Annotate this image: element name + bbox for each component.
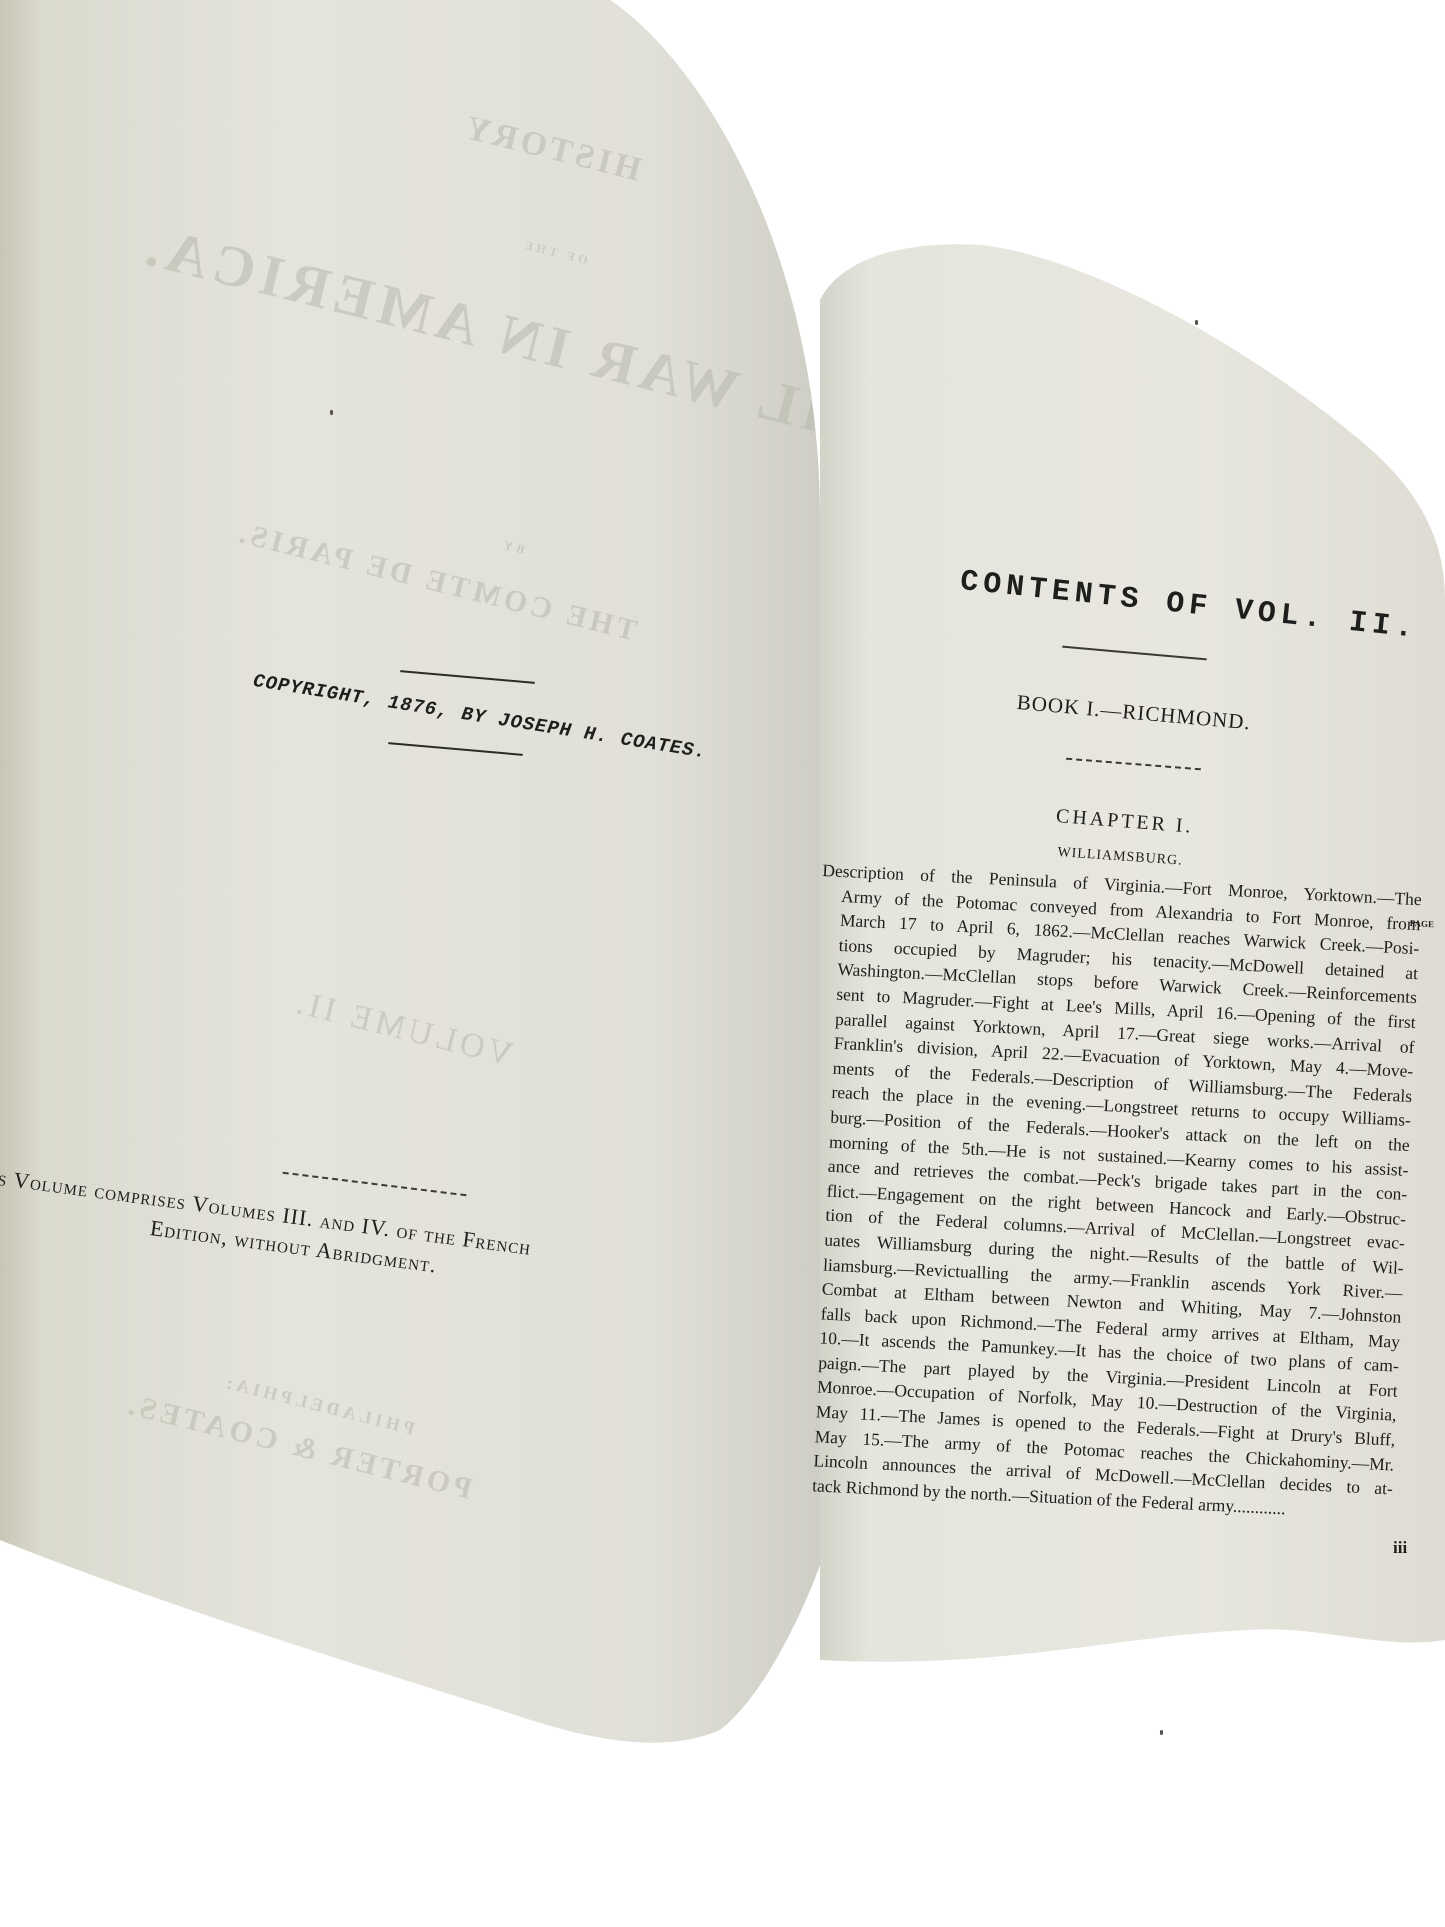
- show-through-volume: VOLUME II.: [289, 983, 517, 1074]
- paper-speck: [1160, 1730, 1163, 1735]
- show-through-by: BY: [499, 537, 527, 558]
- left-page: HISTORY OF THE CIVIL WAR IN AMERICA. BY …: [0, 0, 820, 1775]
- show-through-of-the: OF THE: [519, 237, 589, 268]
- show-through-comte-de-paris: THE COMTE DE PARIS.: [232, 516, 640, 649]
- show-through-war-in-america: CIVIL WAR IN AMERICA.: [134, 211, 820, 476]
- chapter-summary: Description of the Peninsula of Virginia…: [792, 858, 1423, 1526]
- page-number: iii: [1393, 1538, 1407, 1558]
- paper-speck: [330, 410, 333, 415]
- show-through-history: HISTORY: [458, 108, 645, 189]
- page-edge-shadow: [0, 0, 40, 1560]
- paper-speck: [1195, 320, 1198, 325]
